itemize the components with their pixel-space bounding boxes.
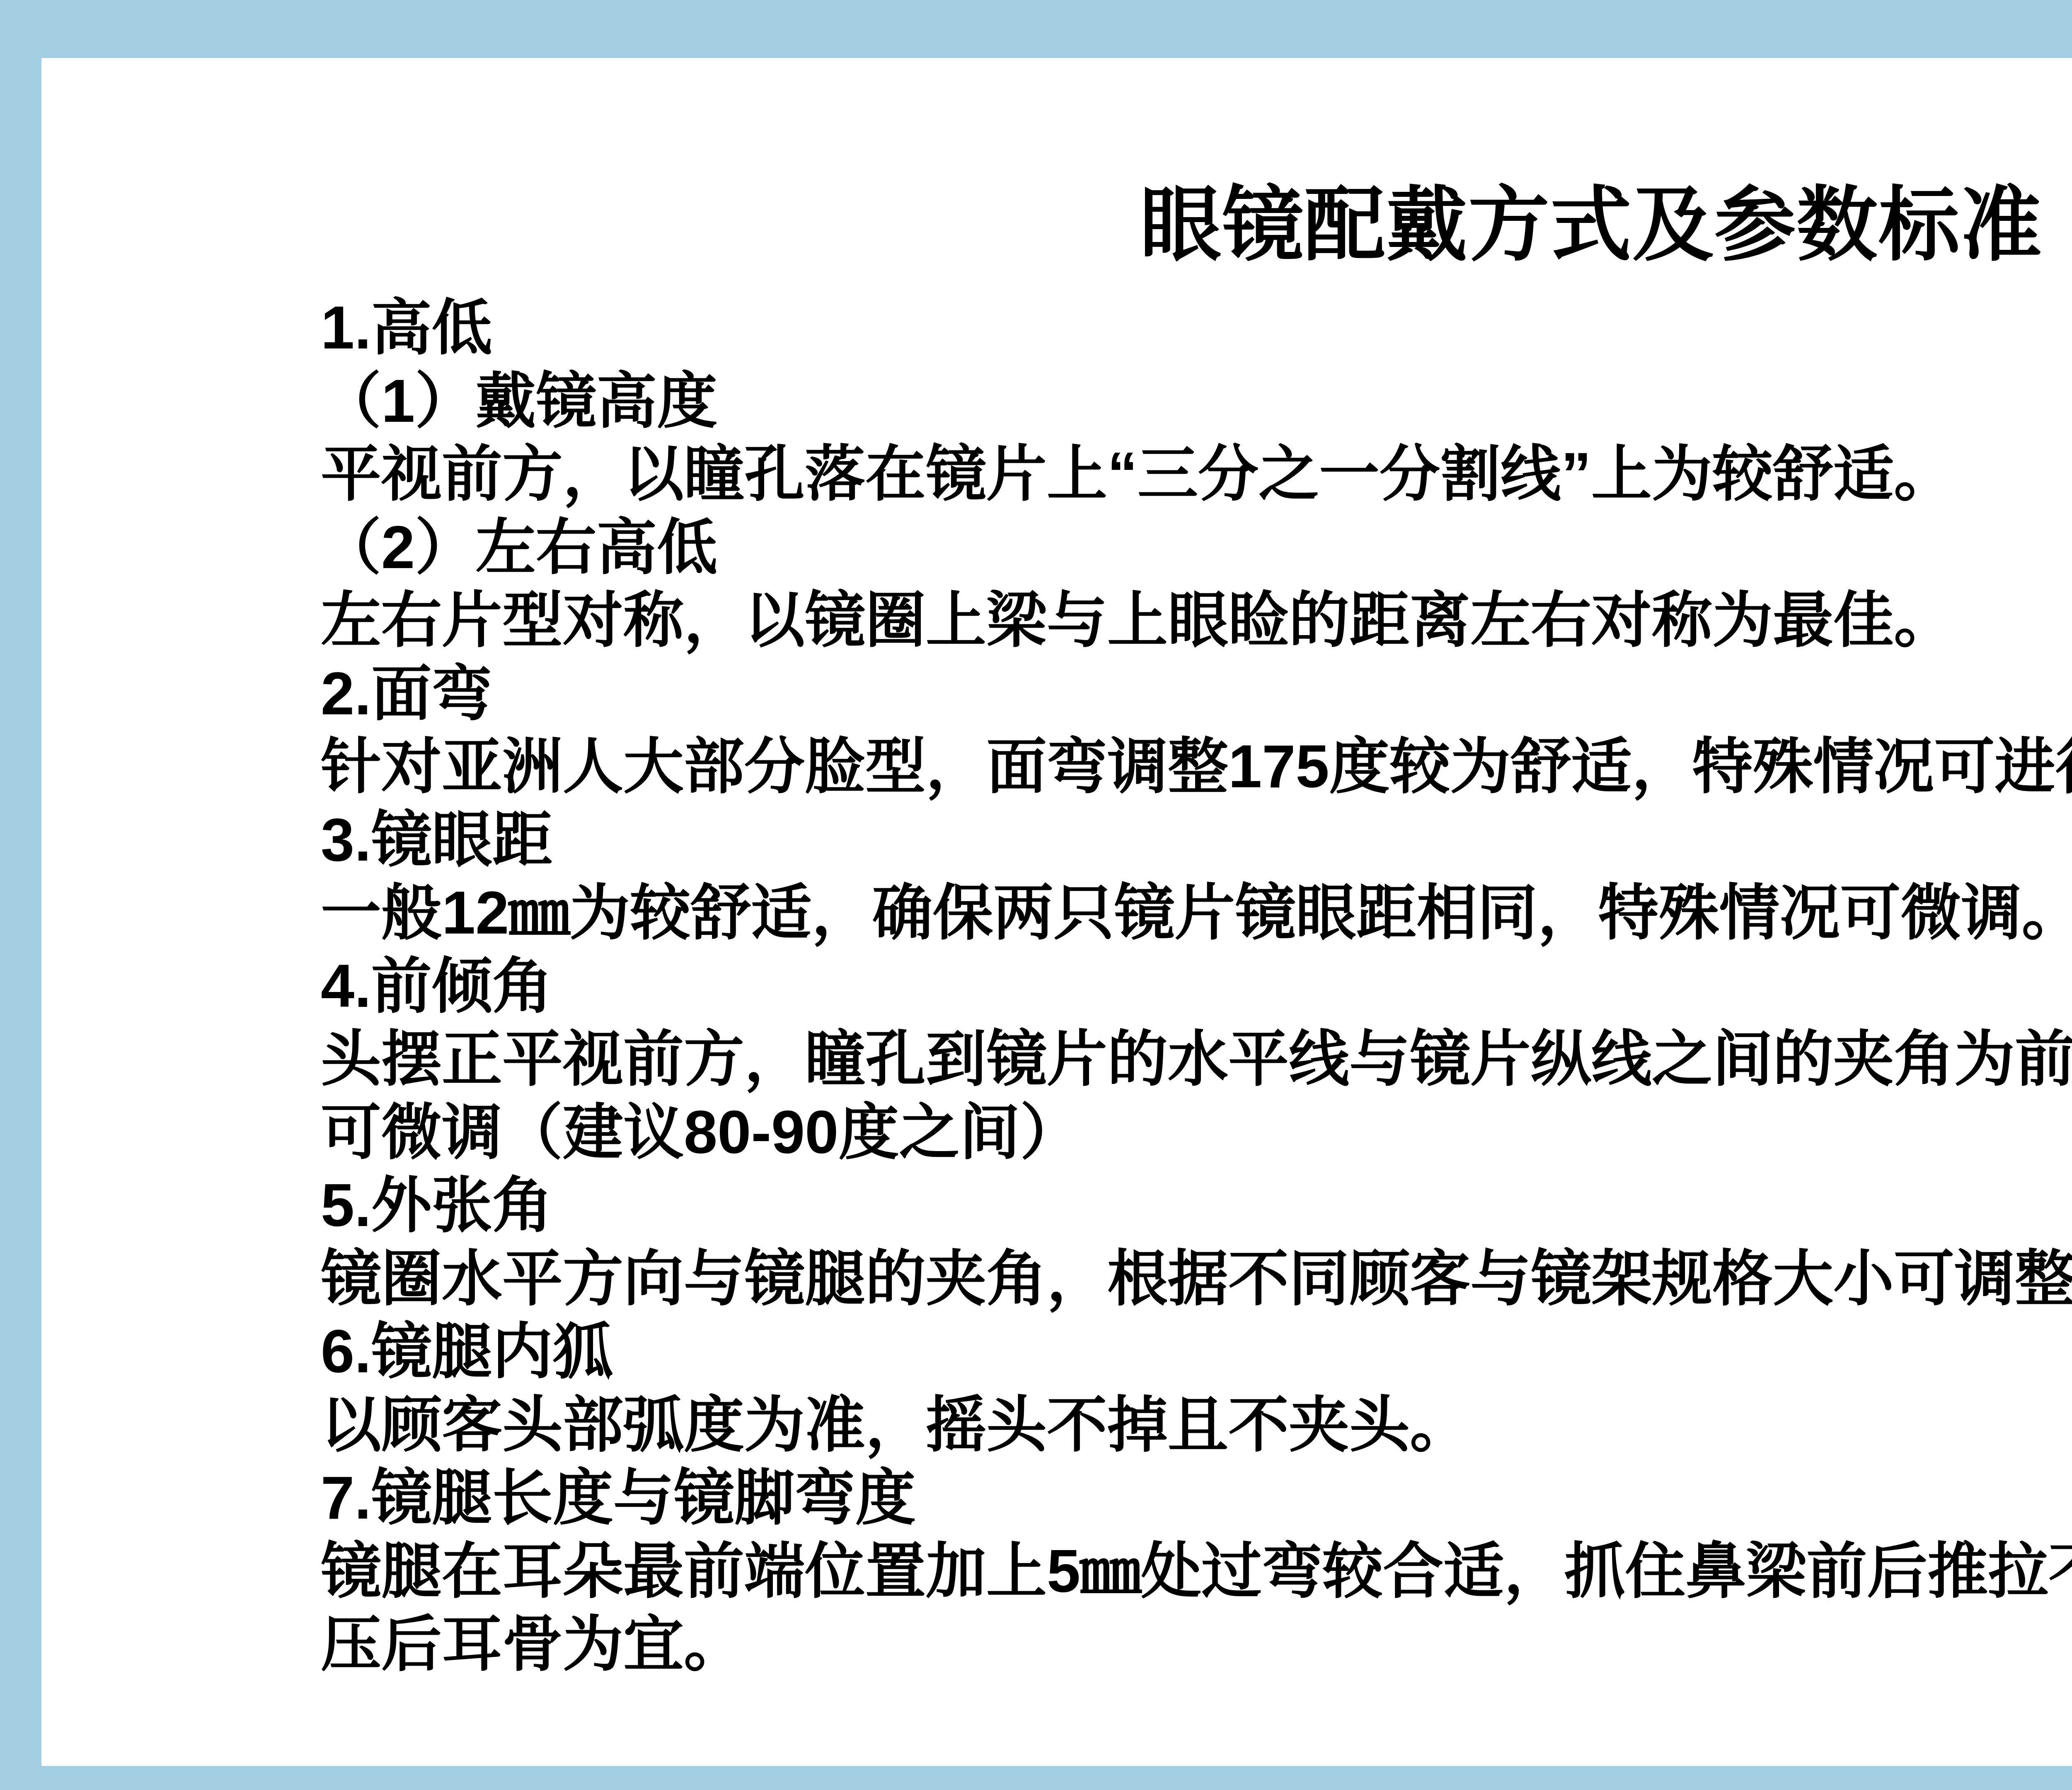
- text-line-body-7b: 压后耳骨为宜。: [321, 1608, 2072, 1681]
- text-line-heading-5: 5.外张角: [321, 1169, 2072, 1242]
- text-line-heading-3: 3.镜眼距: [321, 803, 2072, 877]
- text-line-body-7a: 镜腿在耳朵最前端位置加上5㎜处过弯较合适，抓住鼻梁前后推拉不掉且有余量，以挂住耳…: [321, 1535, 2072, 1608]
- text-line-body-1-2: 左右片型对称，以镜圈上梁与上眼睑的距离左右对称为最佳。: [321, 584, 2072, 657]
- text-line-heading-7: 7.镜腿长度与镜脚弯度: [321, 1461, 2072, 1535]
- text-line-body-2: 针对亚洲人大部分脸型，面弯调整175度较为舒适，特殊情况可进行微调（建议170-…: [321, 730, 2072, 803]
- text-line-heading-2: 2.面弯: [321, 657, 2072, 731]
- slide-card: 眼镜配戴方式及参数标准 1.高低 （1）戴镜高度 平视前方，以瞳孔落在镜片上“三…: [41, 58, 2072, 1766]
- slide-title: 眼镜配戴方式及参数标准: [41, 175, 2072, 275]
- text-line-body-1-1: 平视前方，以瞳孔落在镜片上“三分之一分割线”上为较舒适。: [321, 438, 2072, 511]
- text-line-body-6: 以顾客头部弧度为准，摇头不掉且不夹头。: [321, 1388, 2072, 1462]
- text-line-body-5: 镜圈水平方向与镜腿的夹角，根据不同顾客与镜架规格大小可调整为90°、90+或90…: [321, 1242, 2072, 1316]
- slide-frame: 眼镜配戴方式及参数标准 1.高低 （1）戴镜高度 平视前方，以瞳孔落在镜片上“三…: [0, 0, 2072, 1790]
- text-line-sub-1-1: （1）戴镜高度: [321, 365, 2072, 438]
- text-line-heading-4: 4.前倾角: [321, 950, 2072, 1023]
- text-line-heading-6: 6.镜腿内狐: [321, 1315, 2072, 1388]
- slide-body-text: 1.高低 （1）戴镜高度 平视前方，以瞳孔落在镜片上“三分之一分割线”上为较舒适…: [321, 291, 2072, 1681]
- text-line-body-3: 一般12㎜为较舒适，确保两只镜片镜眼距相同，特殊情况可微调。: [321, 876, 2072, 950]
- text-line-heading-1: 1.高低: [321, 291, 2072, 365]
- text-line-body-4b: 可微调（建议80-90度之间）: [321, 1096, 2072, 1169]
- text-line-body-4a: 头摆正平视前方，瞳孔到镜片的水平线与镜片纵线之间的夹角为前倾角，一般85度为宜，…: [321, 1023, 2072, 1096]
- text-line-sub-1-2: （2）左右高低: [321, 511, 2072, 584]
